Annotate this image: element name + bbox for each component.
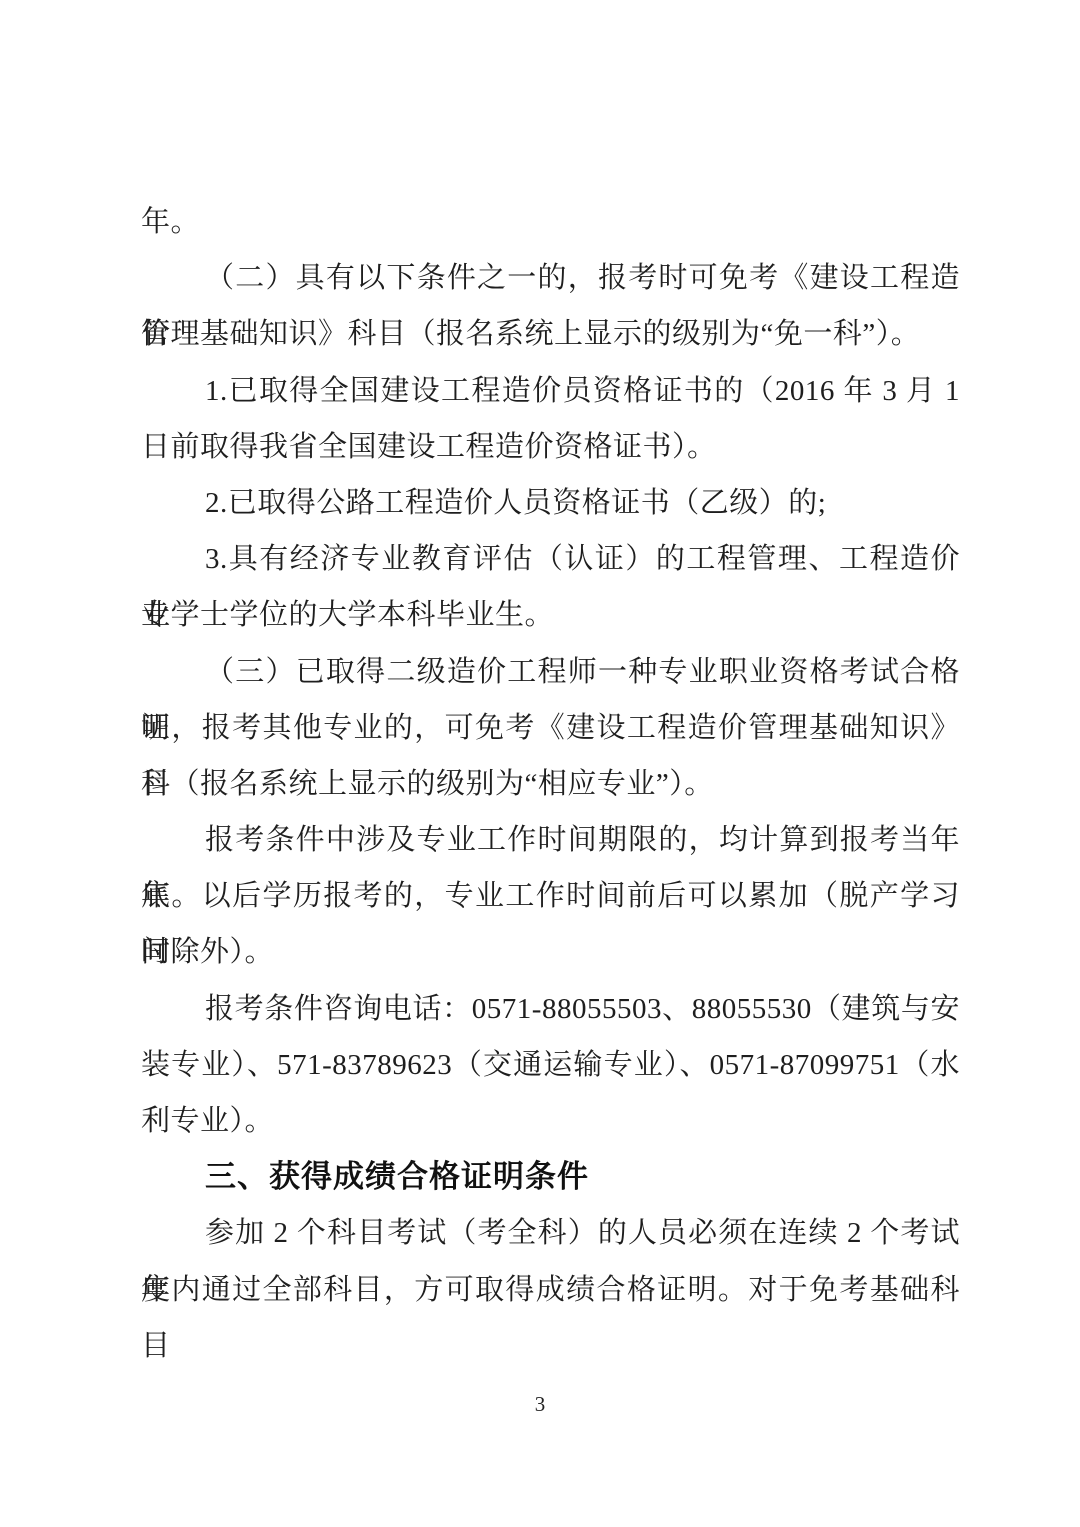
document-page: 年。 （二）具有以下条件之一的，报考时可免考《建设工程造价 管理基础知识》科目（… [0,0,1080,1527]
text-line: （三）已取得二级造价工程师一种专业职业资格考试合格证 [141,644,960,700]
text-line: （二）具有以下条件之一的，报考时可免考《建设工程造价 [141,250,960,306]
text-line: 管理基础知识》科目（报名系统上显示的级别为“免一科”）。 [141,306,960,362]
page-number: 3 [0,1392,1080,1417]
document-body: 年。 （二）具有以下条件之一的，报考时可免考《建设工程造价 管理基础知识》科目（… [141,194,960,1318]
text-line: 1.已取得全国建设工程造价员资格证书的（2016 年 3 月 1 [141,363,960,419]
text-line: 装专业）、571-83789623（交通运输专业）、0571-87099751（… [141,1037,960,1093]
text-line: 明，报考其他专业的，可免考《建设工程造价管理基础知识》科 [141,700,960,756]
text-line: 3.具有经济专业教育评估（认证）的工程管理、工程造价专 [141,531,960,587]
text-line: 间除外）。 [141,924,960,980]
section-heading: 三、获得成绩合格证明条件 [141,1149,960,1205]
text-line: 2.已取得公路工程造价人员资格证书（乙级）的; [141,475,960,531]
text-line: 业学士学位的大学本科毕业生。 [141,587,960,643]
text-line: 利专业）。 [141,1093,960,1149]
text-line: 报考条件中涉及专业工作时间期限的，均计算到报考当年年 [141,812,960,868]
text-line: 参加 2 个科目考试（考全科）的人员必须在连续 2 个考试年 [141,1205,960,1261]
text-line: 度内通过全部科目，方可取得成绩合格证明。对于免考基础科目 [141,1262,960,1318]
text-line: 报考条件咨询电话：0571-88055503、88055530（建筑与安 [141,981,960,1037]
text-line: 年。 [141,194,960,250]
text-line: 底。以后学历报考的，专业工作时间前后可以累加（脱产学习时 [141,868,960,924]
text-line: 目（报名系统上显示的级别为“相应专业”）。 [141,756,960,812]
text-line: 日前取得我省全国建设工程造价资格证书）。 [141,419,960,475]
